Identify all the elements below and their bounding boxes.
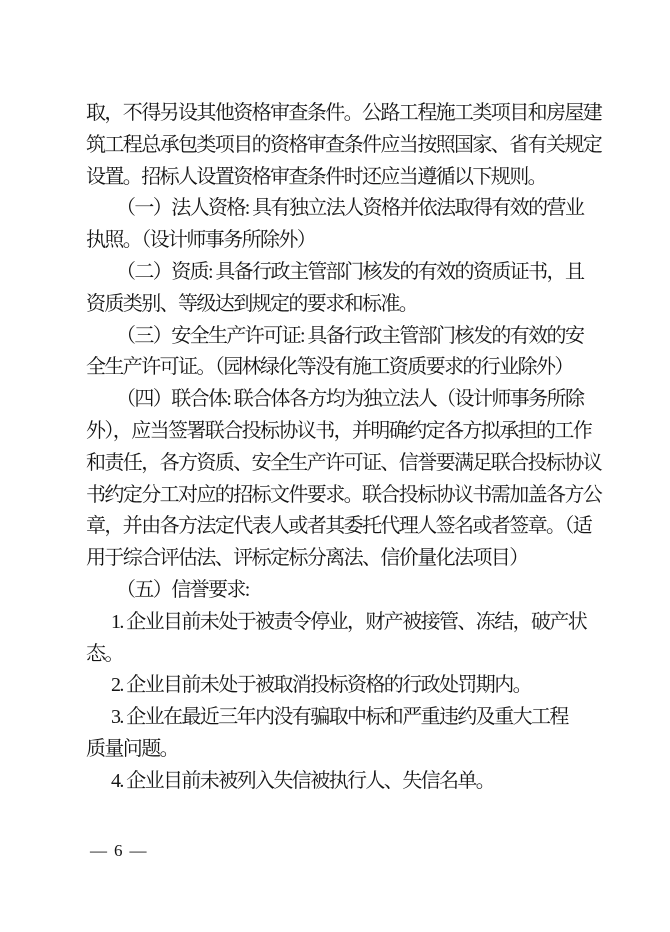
text-line: 设置。招标人设置资格审查条件时还应当遵循以下规则。 [86,162,606,194]
text-line: 用于综合评估法、评标定标分离法、信价量化法项目） [86,543,606,575]
text-line-item-5: （五）信誉要求: [86,575,606,607]
text-line: 态。 [86,639,606,671]
document-page: 取，不得另设其他资格审查条件。公路工程施工类项目和房屋建 筑工程总承包类项目的资… [0,0,670,932]
text-line-item-1: （一）法人资格: 具有独立法人资格并依法取得有效的营业 [86,193,606,225]
text-line: 取，不得另设其他资格审查条件。公路工程施工类项目和房屋建 [86,98,606,130]
text-line: 资质类别、等级达到规定的要求和标准。 [86,289,606,321]
text-line-numbered-2: 2. 企业目前未处于被取消投标资格的行政处罚期内。 [86,670,606,702]
text-line: 外），应当签署联合投标协议书，并明确约定各方拟承担的工作 [86,416,606,448]
page-number: 6 [114,841,123,861]
document-body: 取，不得另设其他资格审查条件。公路工程施工类项目和房屋建 筑工程总承包类项目的资… [86,98,606,798]
text-line: 执照。（设计师事务所除外） [86,225,606,257]
text-line: 筑工程总承包类项目的资格审查条件应当按照国家、省有关规定 [86,130,606,162]
footer-dash-right: — [130,841,147,861]
text-line-item-2: （二）资质: 具备行政主管部门核发的有效的资质证书，且 [86,257,606,289]
text-line: 和责任，各方资质、安全生产许可证、信誉要满足联合投标协议 [86,448,606,480]
footer-dash-left: — [90,841,107,861]
page-footer: — 6 — [90,841,147,861]
text-line: 质量问题。 [86,734,606,766]
text-line-numbered-1: 1. 企业目前未处于被责令停业，财产被接管、冻结，破产状 [86,607,606,639]
text-line-item-3: （三）安全生产许可证: 具备行政主管部门核发的有效的安 [86,321,606,353]
text-line-numbered-4: 4. 企业目前未被列入失信被执行人、失信名单。 [86,766,606,798]
text-line-item-4: （四）联合体: 联合体各方均为独立法人（设计师事务所除 [86,384,606,416]
text-line: 章，并由各方法定代表人或者其委托代理人签名或者签章。（适 [86,511,606,543]
text-line: 书约定分工对应的招标文件要求。联合投标协议书需加盖各方公 [86,480,606,512]
text-line-numbered-3: 3. 企业在最近三年内没有骗取中标和严重违约及重大工程 [86,702,606,734]
text-line: 全生产许可证。（园林绿化等没有施工资质要求的行业除外） [86,352,606,384]
